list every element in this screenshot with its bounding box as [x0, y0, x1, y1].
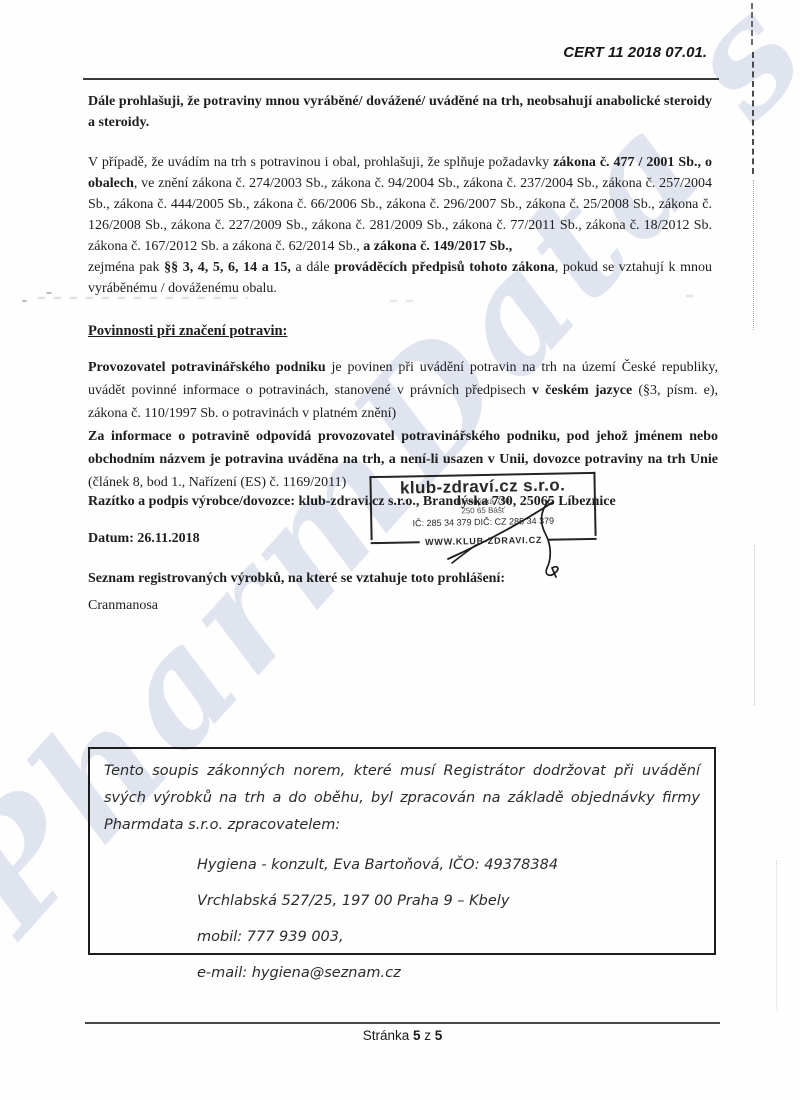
scan-edge-artifact [751, 3, 753, 45]
scan-edge-artifact [752, 52, 754, 174]
scan-smudge [390, 300, 416, 302]
processor-email-line: e-mail: hygiena@seznam.cz [197, 963, 700, 983]
processor-info-box: Tento soupis zákonných norem, které musí… [88, 747, 716, 955]
scanned-document-page: PharmData s.r.o. CERT 11 2018 07.01. Dál… [0, 0, 800, 1100]
footer-total-pages: 5 [435, 1028, 443, 1043]
page-footer: Stránka 5 z 5 [85, 1028, 720, 1043]
header-divider [83, 78, 719, 80]
scan-speck [46, 292, 52, 294]
stamp-website: WWW.KLUB-ZDRAVI.CZ [371, 534, 597, 548]
processor-name-line: Hygiena - konzult, Eva Bartoňová, IČO: 4… [197, 855, 700, 875]
processor-address-line: Vrchlabská 527/25, 197 00 Praha 9 – Kbel… [197, 891, 700, 911]
registered-product: Cranmanosa [88, 598, 158, 614]
info-box-intro: Tento soupis zákonných norem, které musí… [104, 758, 700, 839]
packaging-law-paragraph: V případě, že uvádím na trh s potravinou… [88, 152, 712, 299]
date-line: Datum: 26.11.2018 [88, 531, 200, 547]
scan-edge-artifact [776, 860, 777, 1010]
stamp-website-text: WWW.KLUB-ZDRAVI.CZ [425, 535, 542, 547]
footer-divider [85, 1022, 720, 1024]
document-ref-code: CERT 11 2018 07.01. [563, 44, 707, 61]
footer-page-number: 5 [413, 1028, 421, 1043]
scan-edge-artifact [753, 180, 754, 330]
company-stamp: klub-zdraví.cz s.r.o. Brandýská 730 250 … [369, 472, 596, 540]
registered-products-heading: Seznam registrovaných výrobků, na které … [88, 571, 505, 587]
anabolic-declaration-paragraph: Dále prohlašuji, že potraviny mnou vyráb… [88, 91, 712, 133]
footer-label: Stránka [363, 1028, 410, 1043]
scan-edge-artifact [754, 545, 755, 705]
processor-mobile-line: mobil: 777 939 003, [197, 927, 700, 947]
labeling-duties-heading: Povinnosti při značení potravin: [88, 323, 287, 340]
scan-speck [22, 300, 27, 302]
footer-of: z [424, 1028, 431, 1043]
labeling-duties-paragraph: Provozovatel potravinářského podniku je … [88, 356, 718, 494]
